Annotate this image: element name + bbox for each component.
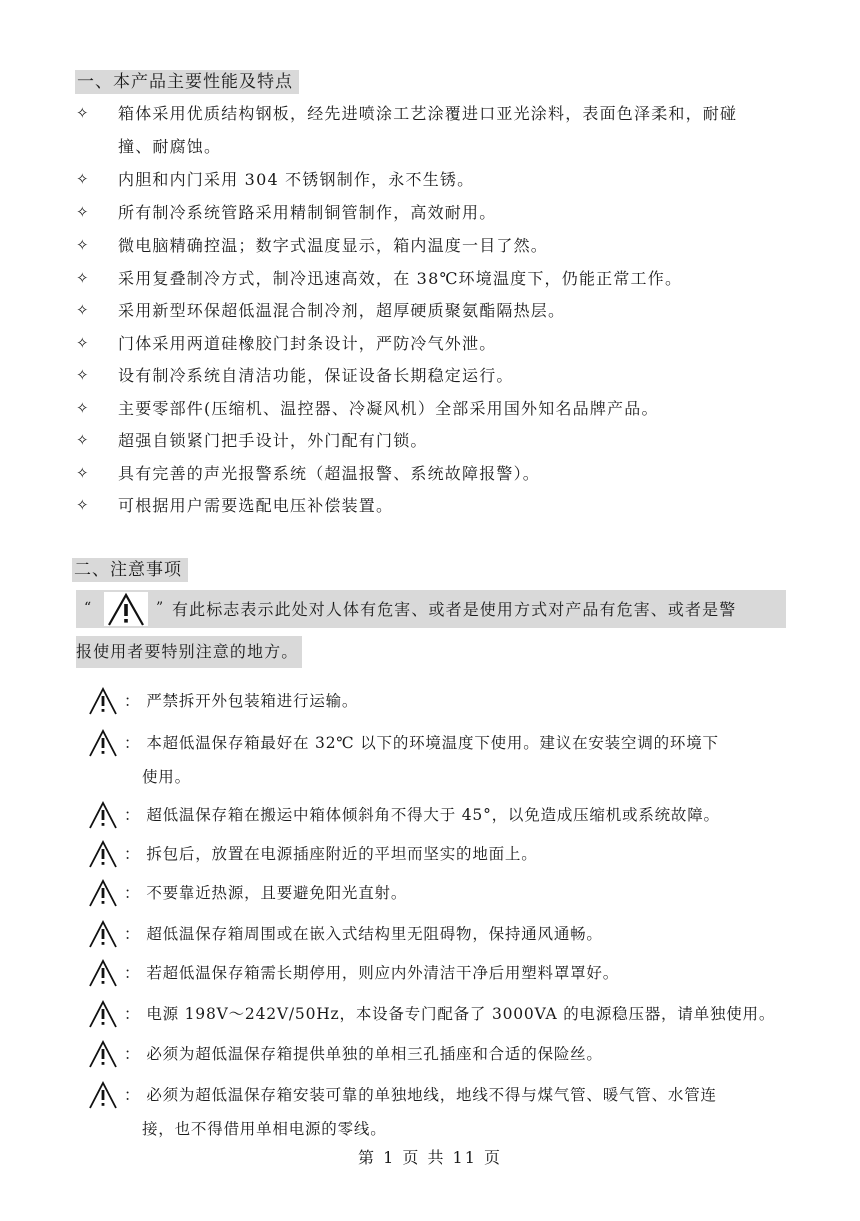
warning-triangle-icon	[88, 920, 118, 948]
warning-triangle-icon	[88, 1000, 118, 1028]
diamond-bullet-icon: ✧	[76, 163, 96, 196]
diamond-bullet-icon: ✧	[76, 97, 96, 130]
diamond-bullet-icon: ✧	[76, 457, 96, 490]
warning-triangle-icon	[104, 592, 148, 626]
section-title-features: 一、本产品主要性能及特点	[75, 70, 299, 94]
diamond-bullet-icon: ✧	[76, 359, 96, 392]
warning-triangle-icon	[88, 687, 118, 715]
warning-triangle-icon	[88, 801, 118, 829]
diamond-bullet-icon: ✧	[76, 262, 96, 295]
section-title-precautions: 二、注意事项	[72, 558, 188, 582]
warning-triangle-icon	[88, 729, 118, 757]
warning-triangle-icon	[88, 1081, 118, 1109]
warning-triangle-icon	[88, 1040, 118, 1068]
diamond-bullet-icon: ✧	[76, 327, 96, 360]
diamond-bullet-icon: ✧	[76, 392, 96, 425]
diamond-bullet-icon: ✧	[76, 489, 96, 522]
warning-triangle-icon	[88, 879, 118, 907]
warning-triangle-icon	[88, 959, 118, 987]
warning-triangle-icon	[88, 840, 118, 868]
diamond-bullet-icon: ✧	[76, 294, 96, 327]
diamond-bullet-icon: ✧	[76, 424, 96, 457]
diamond-bullet-icon: ✧	[76, 229, 96, 262]
document-page: 一、本产品主要性能及特点 ✧ 箱体采用优质结构钢板，经先进喷涂工艺涂覆进口亚光涂…	[0, 0, 860, 1221]
diamond-bullet-icon: ✧	[76, 196, 96, 229]
warning-legend: “ ” 有此标志表示此处对人体有危害、或者是使用方式对产品有危害、或者是警 报使…	[76, 590, 786, 668]
page-number-footer: 第 1 页 共 11 页	[0, 1145, 860, 1168]
